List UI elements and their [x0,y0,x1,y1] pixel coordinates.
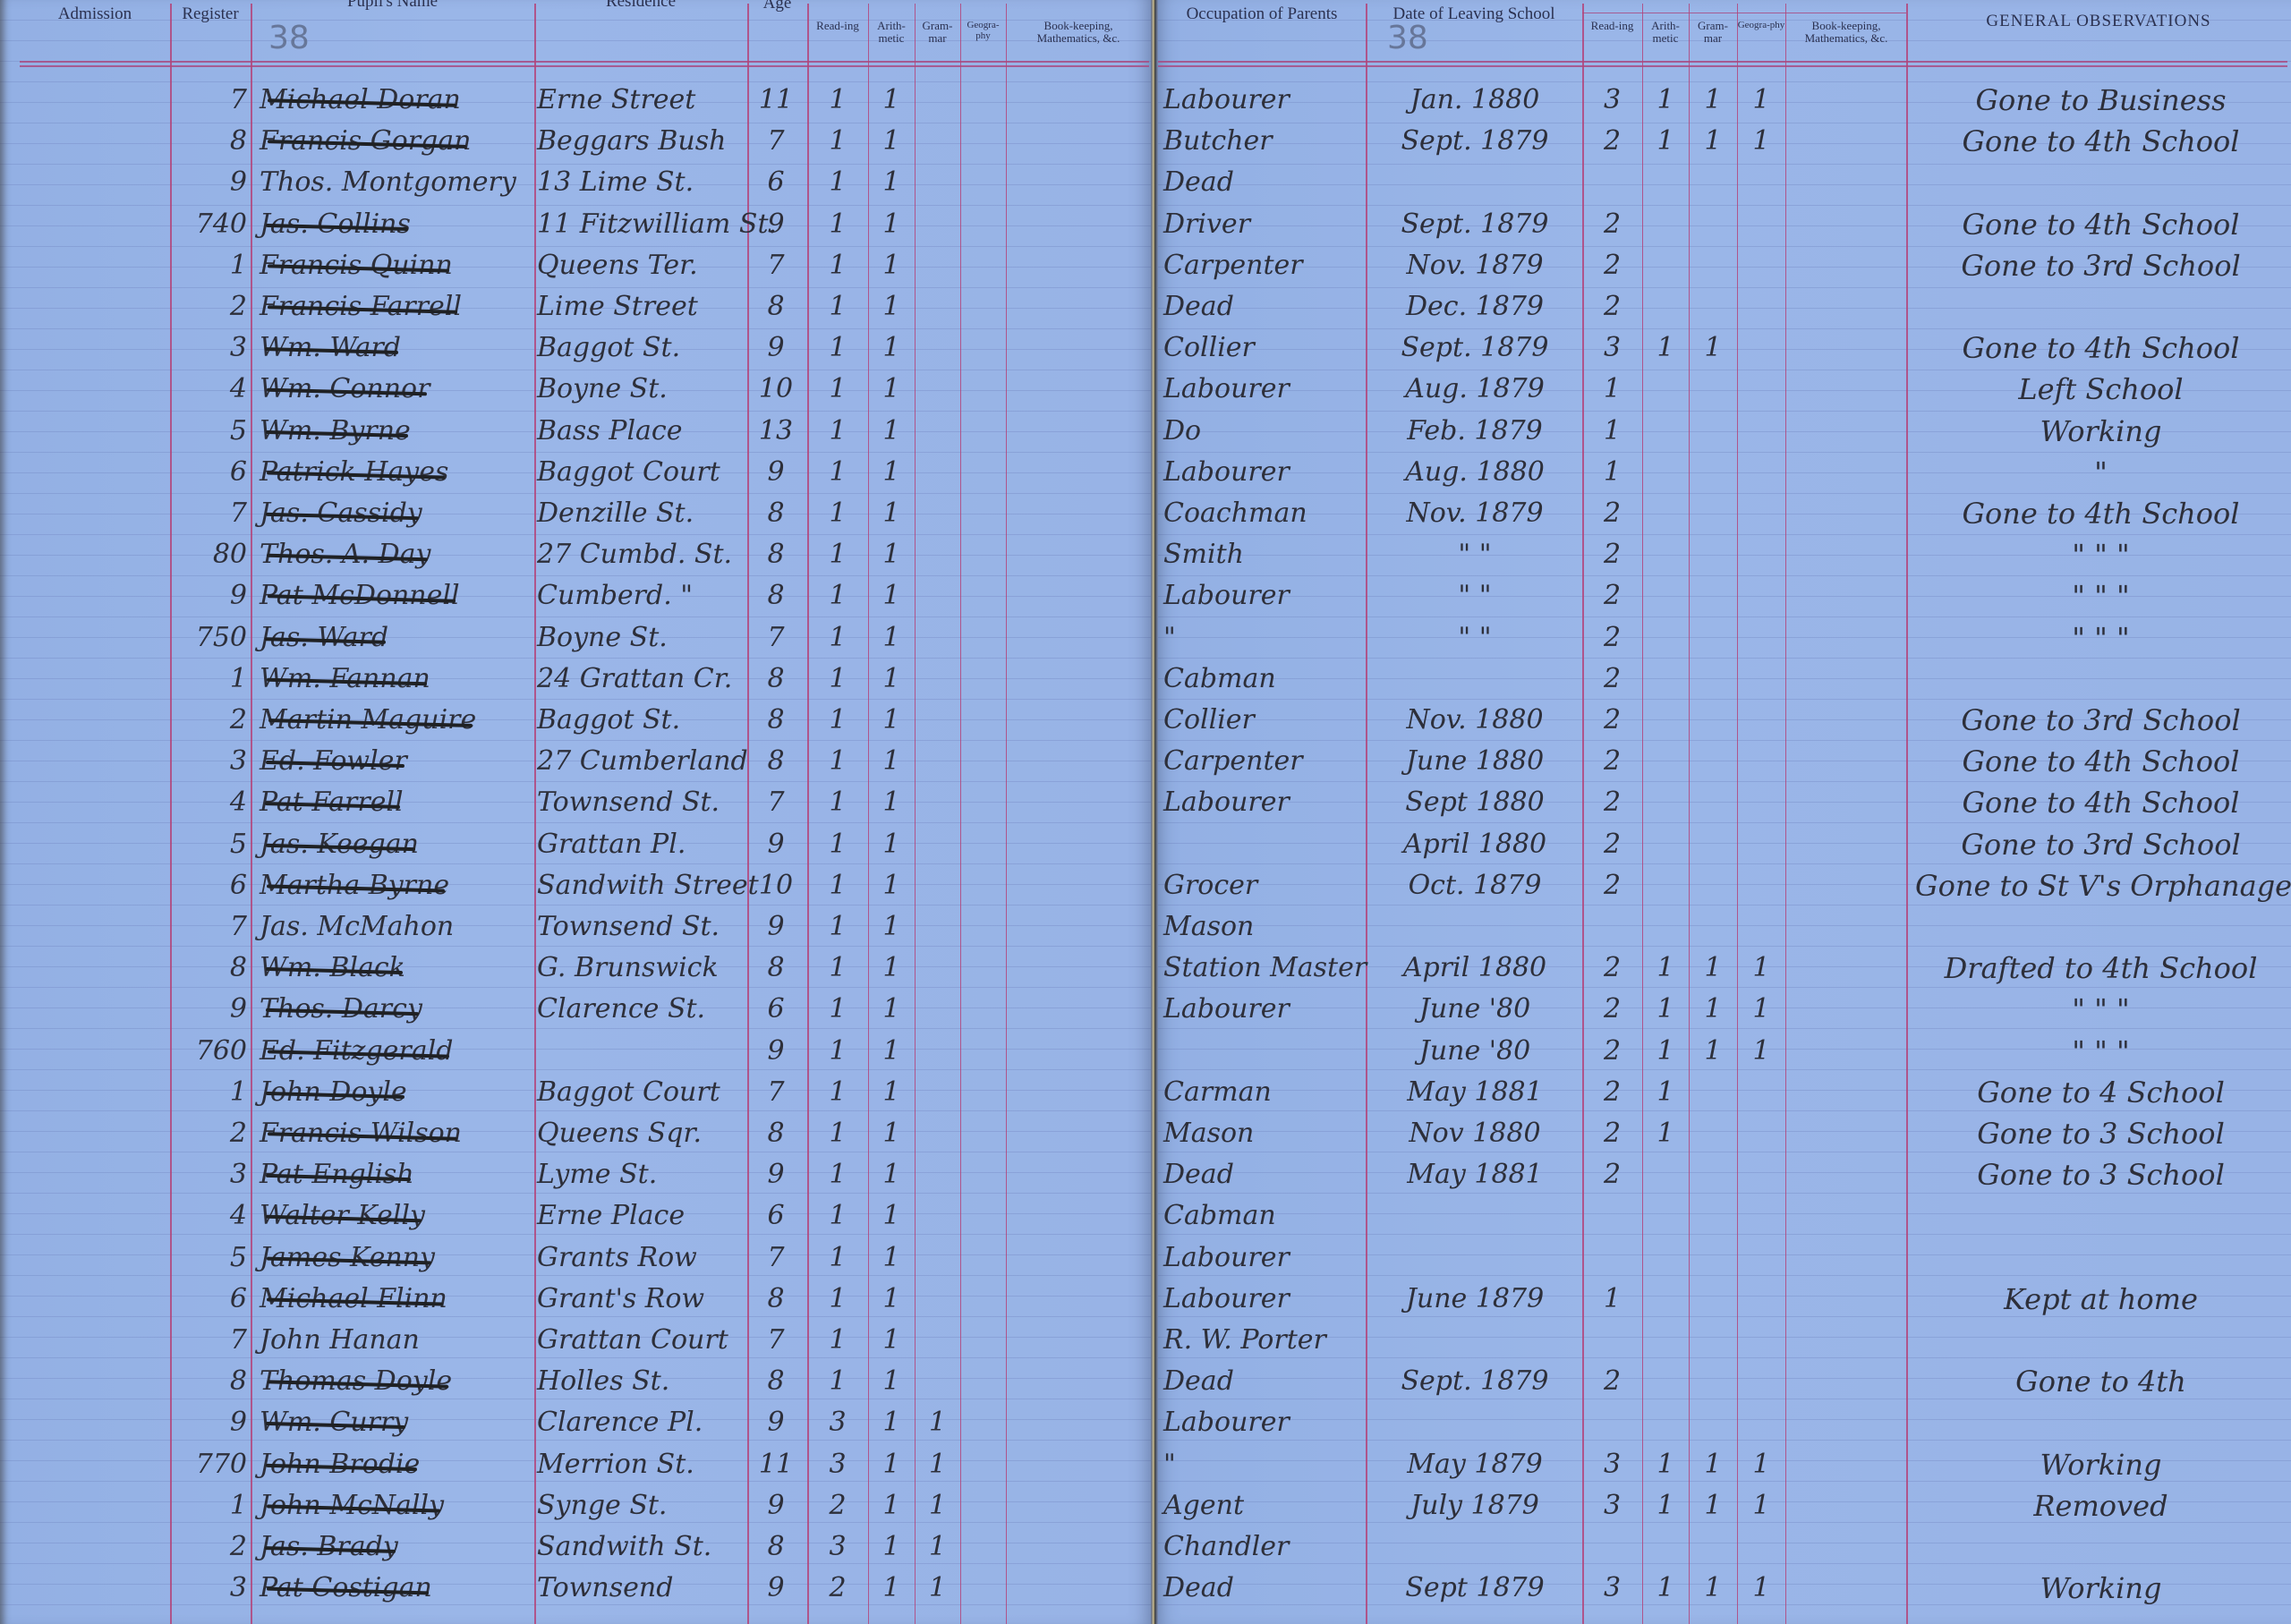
grammar-mark-leaving: 1 [1689,950,1737,986]
parent-occupation: Labourer [1163,371,1366,407]
date-left-school [1369,1198,1580,1234]
arithmetic-mark-leaving [1642,744,1689,779]
parent-occupation: Labourer [1163,1405,1366,1441]
arithmetic-mark: 1 [868,950,915,986]
arithmetic-mark-leaving: 1 [1642,82,1689,118]
pupil-name: John Hanan [260,1322,532,1358]
age: 8 [747,1281,805,1317]
pupil-name: Thos. A. Day [260,537,532,573]
arithmetic-mark-leaving [1642,1240,1689,1276]
grammar-mark-leaving [1689,165,1737,200]
geography-mark-leaving [1737,1529,1785,1565]
reading-mark-leaving: 2 [1582,578,1642,614]
residence: Lyme St. [537,1157,747,1193]
parent-occupation: Station Master [1163,950,1366,986]
header-rule [1158,61,2287,63]
general-observation: Gone to 4th [1915,1364,2287,1399]
residence: 27 Cumbd. St. [537,537,747,573]
grammar-mark-leaving: 1 [1689,330,1737,366]
header-pupils-name: Pupil's Name [251,0,534,12]
residence: Baggot St. [537,702,747,738]
age: 9 [747,909,805,945]
residence: Holles St. [537,1364,747,1399]
register-number: 9 [170,991,247,1027]
age: 8 [747,1364,805,1399]
reading-mark-leaving: 1 [1582,1281,1642,1317]
reading-mark-leaving: 3 [1582,330,1642,366]
grammar-mark-leaving [1689,868,1737,904]
arithmetic-mark: 1 [868,827,915,863]
arithmetic-mark-leaving: 1 [1642,1447,1689,1483]
struck-name: Jas. Keegan [260,827,419,863]
general-observation [1915,289,2287,325]
reading-mark: 3 [807,1405,868,1441]
parent-occupation: " [1163,1447,1366,1483]
reading-mark: 1 [807,1033,868,1069]
reading-mark-leaving: 2 [1582,991,1642,1027]
date-left-school: Sept. 1879 [1369,1364,1580,1399]
pupil-name: John Doyle [260,1075,532,1110]
column-rule [534,4,536,1624]
struck-name: Thos. Darcy [260,991,422,1027]
age: 9 [747,455,805,490]
reading-mark: 1 [807,248,868,284]
column-rule [1906,4,1908,1624]
struck-name: Ed. Fitzgerald [260,1033,453,1069]
register-number: 9 [170,578,247,614]
residence: Townsend St. [537,785,747,821]
age: 7 [747,1240,805,1276]
general-observation: " " " [1915,578,2287,614]
arithmetic-mark: 1 [868,1488,915,1524]
reading-mark: 1 [807,537,868,573]
reading-mark: 3 [807,1529,868,1565]
parent-occupation: " [1163,620,1366,656]
struck-name: John Doyle [260,1075,407,1110]
struck-name: James Kenny [260,1240,435,1276]
reading-mark-leaving [1582,1198,1642,1234]
arithmetic-mark: 1 [868,1198,915,1234]
pupil-name: Francis Quinn [260,248,532,284]
age: 8 [747,578,805,614]
date-left-school: July 1879 [1369,1488,1580,1524]
struck-name: John McNally [260,1488,444,1524]
arithmetic-mark: 1 [868,289,915,325]
general-observation [1915,165,2287,200]
arithmetic-mark-leaving [1642,1529,1689,1565]
residence: Sandwith St. [537,1529,747,1565]
age: 10 [747,868,805,904]
reading-mark: 2 [807,1488,868,1524]
geography-mark-leaving [1737,827,1785,863]
reading-mark-leaving [1582,1529,1642,1565]
residence: Bass Place [537,413,747,449]
arithmetic-mark-leaving: 1 [1642,1033,1689,1069]
grammar-mark-leaving: 1 [1689,82,1737,118]
struck-name: Wm. Byrne [260,413,411,449]
grammar-mark [915,620,960,656]
parent-occupation: Mason [1163,1116,1366,1152]
struck-name: Martha Byrne [260,868,449,904]
pupil-name: Francis Farrell [260,289,532,325]
residence: Clarence St. [537,991,747,1027]
grammar-mark-leaving [1689,785,1737,821]
grammar-mark-leaving [1689,496,1737,531]
pupil-name: Jas. Ward [260,620,532,656]
general-observation: " [1915,455,2287,490]
grammar-mark-leaving: 1 [1689,123,1737,159]
pupil-name: Thos. Montgomery [260,165,532,200]
grammar-mark [915,827,960,863]
reading-mark: 1 [807,1322,868,1358]
register-number: 5 [170,413,247,449]
reading-mark: 1 [807,1364,868,1399]
age: 7 [747,123,805,159]
grammar-mark [915,991,960,1027]
reading-mark: 1 [807,123,868,159]
reading-mark-leaving: 3 [1582,82,1642,118]
general-observation: " " " [1915,1033,2287,1069]
age: 11 [747,1447,805,1483]
reading-mark-leaving: 2 [1582,1033,1642,1069]
column-rule [1366,4,1367,1624]
parent-occupation: Dead [1163,1364,1366,1399]
general-observation: Gone to 4th School [1915,207,2287,242]
arithmetic-mark-leaving [1642,827,1689,863]
arithmetic-mark-leaving: 1 [1642,123,1689,159]
residence: 27 Cumberland [537,744,747,779]
general-observation: Working [1915,1570,2287,1606]
pupil-name: Ed. Fowler [260,744,532,779]
grammar-mark-leaving: 1 [1689,1033,1737,1069]
general-observation: Gone to 4th School [1915,496,2287,531]
reading-mark-leaving [1582,1405,1642,1441]
reading-mark: 1 [807,330,868,366]
reading-mark-leaving: 2 [1582,1157,1642,1193]
reading-mark: 1 [807,827,868,863]
arithmetic-mark: 1 [868,330,915,366]
general-observation [1915,1405,2287,1441]
geography-mark-leaving: 1 [1737,1488,1785,1524]
residence: Synge St. [537,1488,747,1524]
register-number: 740 [170,207,247,242]
pupil-name: Jas. Brady [260,1529,532,1565]
parent-occupation: Labourer [1163,1240,1366,1276]
grammar-mark [915,578,960,614]
reading-mark: 1 [807,455,868,490]
register-number: 2 [170,1116,247,1152]
grammar-mark [915,1322,960,1358]
reading-mark-leaving: 2 [1582,868,1642,904]
date-left-school: June '80 [1369,991,1580,1027]
date-left-school [1369,1240,1580,1276]
geography-mark-leaving [1737,661,1785,697]
parent-occupation: Labourer [1163,578,1366,614]
arithmetic-mark: 1 [868,1281,915,1317]
register-number: 8 [170,950,247,986]
grammar-mark-leaving [1689,207,1737,242]
struck-name: Francis Farrell [260,289,462,325]
general-observation: Removed [1915,1488,2287,1524]
arithmetic-mark-leaving [1642,289,1689,325]
grammar-mark [915,455,960,490]
struck-name: John Brodie [260,1447,420,1483]
residence: Boyne St. [537,371,747,407]
reading-mark: 1 [807,1116,868,1152]
arithmetic-mark-leaving [1642,537,1689,573]
date-left-school: Feb. 1879 [1369,413,1580,449]
parent-occupation [1163,827,1366,863]
grammar-mark [915,537,960,573]
pupil-name: Jas. Keegan [260,827,532,863]
age: 9 [747,1405,805,1441]
geography-mark-leaving [1737,578,1785,614]
residence: Merrion St. [537,1447,747,1483]
pupil-name: Jas. Cassidy [260,496,532,531]
arithmetic-mark: 1 [868,1447,915,1483]
header-general-observations: GENERAL OBSERVATIONS [1906,13,2291,31]
age: 9 [747,1157,805,1193]
parent-occupation: Smith [1163,537,1366,573]
arithmetic-mark: 1 [868,1075,915,1110]
reading-mark: 1 [807,1075,868,1110]
reading-mark-leaving: 1 [1582,455,1642,490]
column-rule [1006,4,1007,1624]
general-observation: Working [1915,413,2287,449]
geography-mark-leaving [1737,620,1785,656]
grammar-mark [915,1116,960,1152]
parent-occupation: Grocer [1163,868,1366,904]
page-number: 38 [1387,20,1428,56]
arithmetic-mark-leaving [1642,620,1689,656]
header-subrule [1582,13,1906,13]
struck-name: Pat Costigan [260,1570,432,1606]
book-gutter [1151,0,1158,1624]
reading-mark: 1 [807,289,868,325]
arithmetic-mark-leaving [1642,371,1689,407]
residence: Townsend St. [537,909,747,945]
struck-name: Jas. Brady [260,1529,398,1565]
reading-mark: 1 [807,661,868,697]
register-number: 760 [170,1033,247,1069]
arithmetic-mark: 1 [868,165,915,200]
age: 8 [747,1529,805,1565]
general-observation: Gone to St V's Orphanage [1915,868,2287,904]
header-occupation: Occupation of Parents [1158,5,1366,24]
arithmetic-mark: 1 [868,1364,915,1399]
geography-mark-leaving [1737,1405,1785,1441]
parent-occupation: Do [1163,413,1366,449]
register-number: 7 [170,496,247,531]
pupil-name: Pat Farrell [260,785,532,821]
reading-mark-leaving: 2 [1582,702,1642,738]
arithmetic-mark-leaving: 1 [1642,950,1689,986]
age: 11 [747,82,805,118]
age: 8 [747,702,805,738]
residence: Cumberd. " [537,578,747,614]
grammar-mark [915,207,960,242]
reading-mark-leaving: 2 [1582,289,1642,325]
register-number: 4 [170,371,247,407]
arithmetic-mark-leaving [1642,702,1689,738]
reading-mark: 1 [807,165,868,200]
date-left-school: " " [1369,537,1580,573]
age: 7 [747,785,805,821]
general-observation: Gone to 3 School [1915,1157,2287,1193]
grammar-mark-leaving: 1 [1689,1570,1737,1606]
age: 8 [747,537,805,573]
reading-mark: 1 [807,1198,868,1234]
register-number: 3 [170,1570,247,1606]
register-number: 6 [170,868,247,904]
geography-mark-leaving [1737,248,1785,284]
parent-occupation: Labourer [1163,785,1366,821]
reading-mark: 3 [807,1447,868,1483]
grammar-mark [915,1364,960,1399]
grammar-mark: 1 [915,1570,960,1606]
grammar-mark [915,1075,960,1110]
residence: Townsend [537,1570,747,1606]
general-observation [1915,1198,2287,1234]
age: 9 [747,207,805,242]
reading-mark-leaving: 2 [1582,950,1642,986]
reading-mark-leaving: 3 [1582,1488,1642,1524]
reading-mark-leaving: 1 [1582,413,1642,449]
reading-mark: 1 [807,82,868,118]
grammar-mark-leaving: 1 [1689,1488,1737,1524]
arithmetic-mark: 1 [868,248,915,284]
pupil-name: Jas. McMahon [260,909,532,945]
age: 9 [747,827,805,863]
reading-mark: 1 [807,1240,868,1276]
register-number: 6 [170,1281,247,1317]
geography-mark-leaving [1737,1157,1785,1193]
header-grammar: Gram-mar [1689,20,1737,46]
arithmetic-mark-leaving [1642,455,1689,490]
arithmetic-mark-leaving [1642,785,1689,821]
reading-mark-leaving: 2 [1582,785,1642,821]
date-left-school [1369,165,1580,200]
parent-occupation: Chandler [1163,1529,1366,1565]
geography-mark-leaving [1737,744,1785,779]
geography-mark-leaving [1737,868,1785,904]
general-observation [1915,909,2287,945]
register-number: 770 [170,1447,247,1483]
general-observation: Gone to 4th School [1915,123,2287,159]
grammar-mark [915,1240,960,1276]
register-number: 5 [170,827,247,863]
residence: Erne Place [537,1198,747,1234]
header-residence: Residence [534,0,747,12]
register-number: 2 [170,289,247,325]
general-observation: " " " [1915,991,2287,1027]
geography-mark-leaving: 1 [1737,1033,1785,1069]
struck-name: Michael Doran [260,82,461,118]
reading-mark: 1 [807,207,868,242]
arithmetic-mark: 1 [868,455,915,490]
header-rule [20,61,1149,63]
grammar-mark-leaving [1689,1157,1737,1193]
register-number: 2 [170,702,247,738]
date-left-school: Oct. 1879 [1369,868,1580,904]
arithmetic-mark: 1 [868,1240,915,1276]
age: 7 [747,248,805,284]
arithmetic-mark-leaving [1642,1281,1689,1317]
grammar-mark: 1 [915,1405,960,1441]
residence: Grant's Row [537,1281,747,1317]
grammar-mark [915,496,960,531]
pupil-name: Wm. Black [260,950,532,986]
date-left-school [1369,909,1580,945]
header-reading: Read-ing [807,20,868,32]
reading-mark: 1 [807,371,868,407]
parent-occupation [1163,1033,1366,1069]
parent-occupation: Labourer [1163,82,1366,118]
pupil-name: Pat McDonnell [260,578,532,614]
reading-mark-leaving [1582,1322,1642,1358]
arithmetic-mark-leaving [1642,413,1689,449]
geography-mark-leaving [1737,330,1785,366]
date-left-school: Aug. 1880 [1369,455,1580,490]
arithmetic-mark-leaving [1642,868,1689,904]
parent-occupation: Collier [1163,330,1366,366]
header-admission: Admission [20,5,170,24]
geography-mark-leaving: 1 [1737,991,1785,1027]
arithmetic-mark: 1 [868,1322,915,1358]
header-rule [1158,65,2287,67]
struck-name: Wm. Fannan [260,661,430,697]
parent-occupation: Butcher [1163,123,1366,159]
age: 8 [747,289,805,325]
register-number: 1 [170,248,247,284]
grammar-mark-leaving [1689,537,1737,573]
grammar-mark [915,82,960,118]
pupil-name: Pat Costigan [260,1570,532,1606]
register-number: 750 [170,620,247,656]
pupil-name: Wm. Connor [260,371,532,407]
struck-name: Jas. Cassidy [260,496,422,531]
reading-mark: 1 [807,578,868,614]
general-observation: Gone to 3rd School [1915,827,2287,863]
header-register: Register [170,5,251,24]
date-left-school: April 1880 [1369,827,1580,863]
residence: Baggot St. [537,330,747,366]
geography-mark-leaving [1737,909,1785,945]
general-observation: Gone to 4th School [1915,744,2287,779]
arithmetic-mark: 1 [868,1116,915,1152]
grammar-mark [915,371,960,407]
arithmetic-mark-leaving: 1 [1642,1075,1689,1110]
date-left-school: Nov. 1879 [1369,496,1580,531]
age: 7 [747,1322,805,1358]
struck-name: Francis Quinn [260,248,453,284]
reading-mark: 1 [807,909,868,945]
date-left-school: Jan. 1880 [1369,82,1580,118]
grammar-mark [915,1033,960,1069]
arithmetic-mark-leaving [1642,1322,1689,1358]
parent-occupation: Carman [1163,1075,1366,1110]
header-geography: Geogra-phy [960,20,1006,41]
reading-mark-leaving: 2 [1582,827,1642,863]
grammar-mark [915,744,960,779]
struck-name: Pat English [260,1157,414,1193]
parent-occupation: Cabman [1163,1198,1366,1234]
grammar-mark-leaving [1689,578,1737,614]
geography-mark-leaving [1737,1322,1785,1358]
header-geography: Geogra-phy [1737,20,1785,30]
arithmetic-mark-leaving [1642,909,1689,945]
grammar-mark [915,950,960,986]
